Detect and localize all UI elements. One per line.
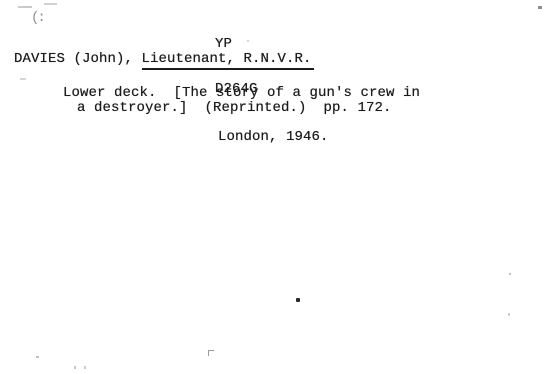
call-number-line-1: YP bbox=[215, 37, 258, 52]
scan-speck bbox=[538, 6, 542, 9]
imprint: London, 1946. bbox=[218, 130, 329, 145]
title-line-1: Lower deck. [The story of a gun's crew i… bbox=[63, 86, 420, 101]
catalog-card: (: YP D264G DAVIES (John), Lieutenant, R… bbox=[0, 0, 550, 374]
scan-smudge bbox=[18, 6, 32, 8]
scan-smudge bbox=[20, 78, 26, 80]
pencil-mark: (: bbox=[31, 10, 44, 26]
scan-speck bbox=[74, 366, 76, 369]
author-rank-underlined: Lieutenant, R.N.V.R. bbox=[142, 51, 314, 70]
author-heading: DAVIES (John), Lieutenant, R.N.V.R. bbox=[14, 52, 314, 67]
stray-dot bbox=[296, 298, 300, 302]
scan-corner-mark bbox=[208, 350, 214, 356]
scan-speck bbox=[508, 313, 510, 316]
scan-speck bbox=[509, 273, 511, 275]
author-name: DAVIES (John), bbox=[14, 51, 142, 67]
scan-speck bbox=[36, 356, 39, 358]
scan-smudge bbox=[44, 3, 57, 5]
title-line-2: a destroyer.] (Reprinted.) pp. 172. bbox=[77, 101, 392, 116]
scan-speck bbox=[84, 366, 86, 369]
